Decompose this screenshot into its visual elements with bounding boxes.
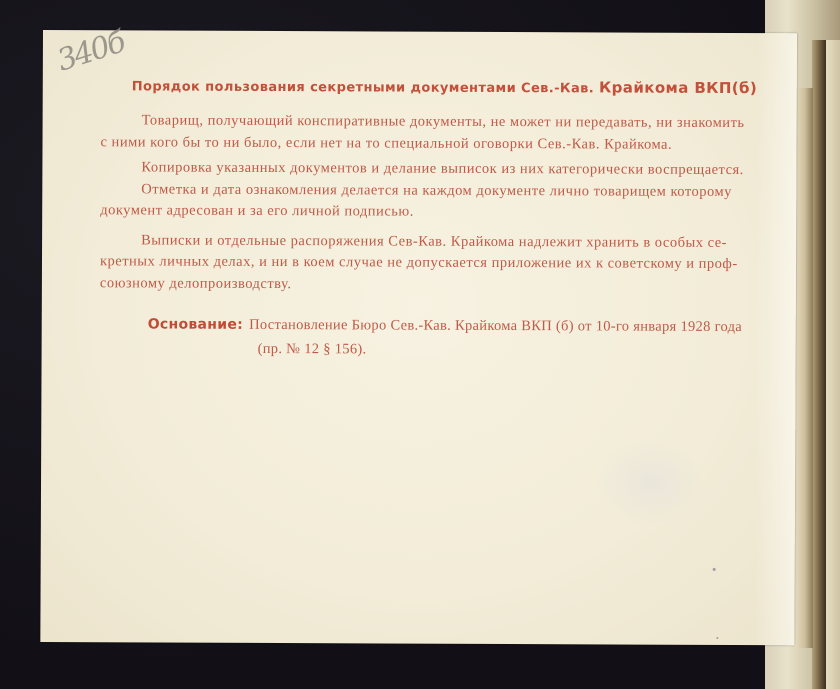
paper-speck	[713, 568, 716, 571]
text-line: с ними кого бы то ни было, если нет на т…	[100, 132, 840, 157]
handwritten-archive-number: 340б	[53, 25, 128, 79]
title-text-part2: Крайкома ВКП(б)	[599, 78, 757, 97]
legal-basis: Основание:Постановление Бюро Сев.-Кав. К…	[148, 312, 743, 363]
text-line: Копировка указанных документов и делание…	[100, 157, 840, 182]
text-line: документ адресован и за его личной подпи…	[100, 200, 840, 225]
basis-label: Основание:	[148, 316, 243, 332]
text-line: союзному делопроизводству.	[100, 273, 840, 298]
scanned-document-view: 340б Порядок пользования секретными доку…	[0, 0, 840, 689]
document-body: Товарищ, получающий конспиративные докум…	[100, 110, 840, 301]
text-line: кретных личных делах, и ни в коем случае…	[100, 251, 840, 276]
document-title: Порядок пользования секретными документа…	[132, 76, 758, 97]
basis-reference: (пр. № 12 § 156).	[148, 336, 742, 363]
text-line: Товарищ, получающий конспиративные докум…	[101, 110, 840, 135]
faded-stamp-impression	[596, 437, 706, 527]
paper-speck	[716, 637, 718, 639]
paragraph-copying: Копировка указанных документов и делание…	[100, 157, 840, 182]
paragraph-acknowledgement: Отметка и дата ознакомления делается на …	[100, 179, 840, 225]
paragraph-confidentiality: Товарищ, получающий конспиративные докум…	[100, 110, 840, 156]
paragraph-storage: Выписки и отдельные распоряжения Сев-Кав…	[100, 230, 840, 298]
basis-text: Постановление Бюро Сев.-Кав. Крайкома ВК…	[249, 317, 742, 335]
document-page: 340б Порядок пользования секретными доку…	[40, 30, 797, 645]
title-text-part1: Порядок пользования секретными документа…	[132, 79, 599, 96]
